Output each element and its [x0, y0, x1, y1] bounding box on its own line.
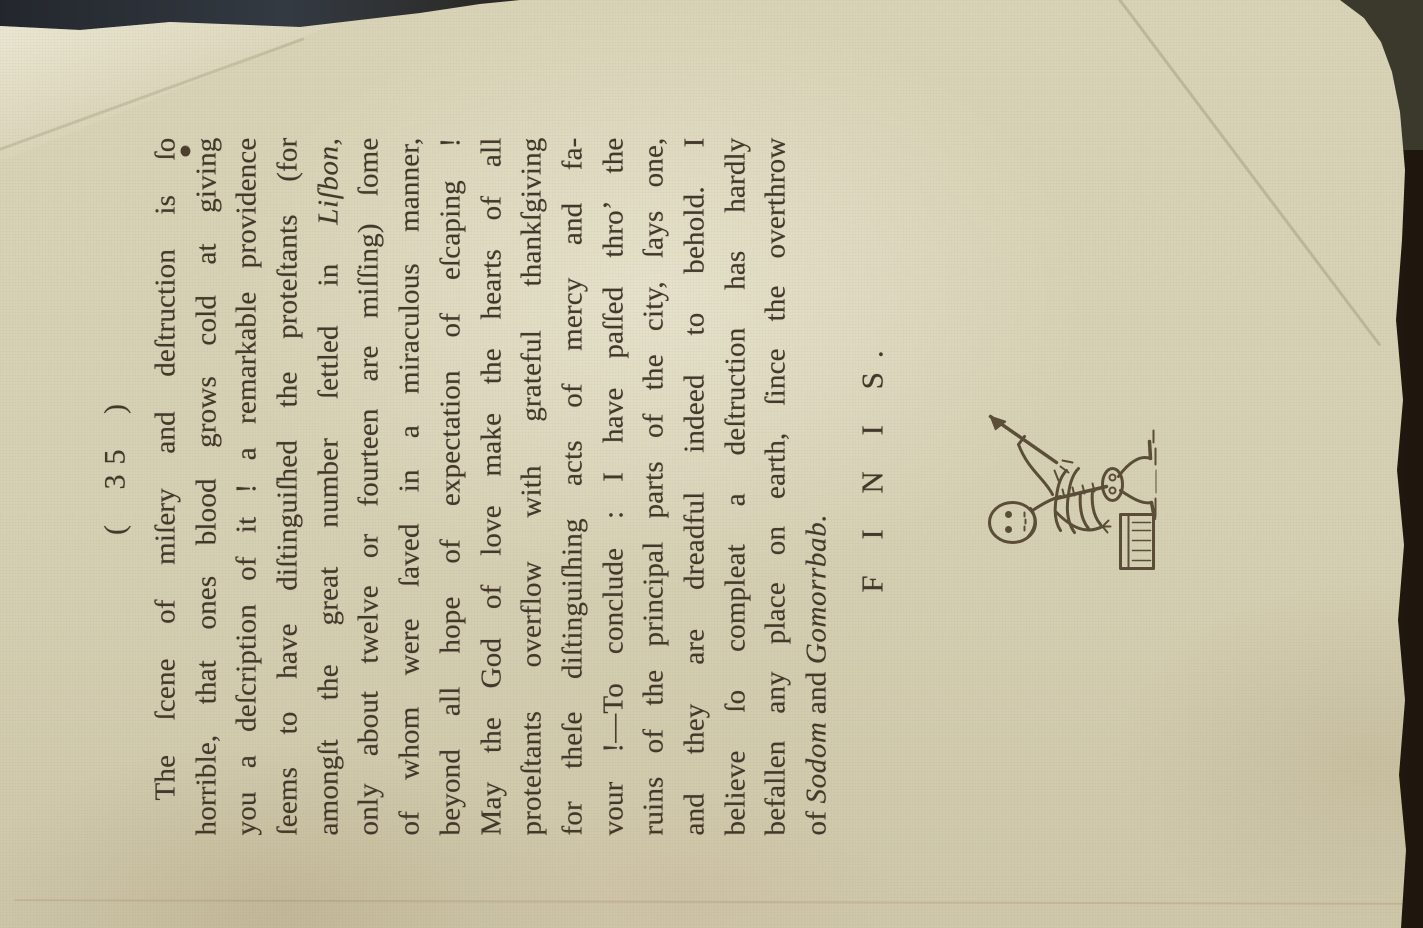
finis-label: F I N I S.	[854, 0, 890, 928]
page-content-rotated: ( 35 ) The ſcene of miſery and deſtructi…	[0, 0, 1423, 928]
skeleton-woodcut-icon	[960, 386, 1156, 582]
text-line: ſeems to have diſtinguiſhed the proteſta…	[267, 137, 308, 835]
text-line: The ſcene of miſery and deſtruction is ſ…	[145, 137, 186, 835]
text-line: proteſtants overflow with grateful thank…	[511, 137, 552, 835]
text-line: of whom were ſaved in a miraculous manne…	[389, 137, 430, 835]
text-line: befallen any place on earth, ſince the o…	[755, 137, 796, 835]
text-line: of Sodom and Gomorrbab.	[796, 137, 837, 835]
book-page-paper: ( 35 ) The ſcene of miſery and deſtructi…	[0, 0, 1423, 928]
text-line: horrible, that ones blood grows cold at …	[186, 137, 227, 835]
text-line: for theſe diſtinguiſhing acts of mercy a…	[552, 137, 593, 835]
scanned-book-page-photo: ( 35 ) The ſcene of miſery and deſtructi…	[0, 0, 1423, 928]
text-line: you a deſcription of it ! a remarkable p…	[226, 137, 267, 835]
text-line: amongſt the great number ſettled in Liſb…	[308, 137, 349, 835]
text-line: vour !—To conclude : I have paſſed thro’…	[593, 137, 634, 835]
text-line: ruins of the principal parts of the city…	[633, 137, 674, 835]
text-line: believe ſo compleat a deſtruction has ha…	[715, 137, 756, 835]
text-line: and they are dreadful indeed to behold. …	[674, 137, 715, 835]
text-line: only about twelve or fourteen are miſſin…	[348, 137, 389, 835]
text-line: beyond all hope of expectation of eſcapi…	[430, 137, 471, 835]
text-line: May the God of love make the hearts of a…	[471, 137, 512, 835]
ink-blot	[180, 145, 190, 156]
paragraph: The ſcene of miſery and deſtruction is ſ…	[145, 137, 837, 835]
page-number: ( 35 )	[98, 0, 132, 928]
